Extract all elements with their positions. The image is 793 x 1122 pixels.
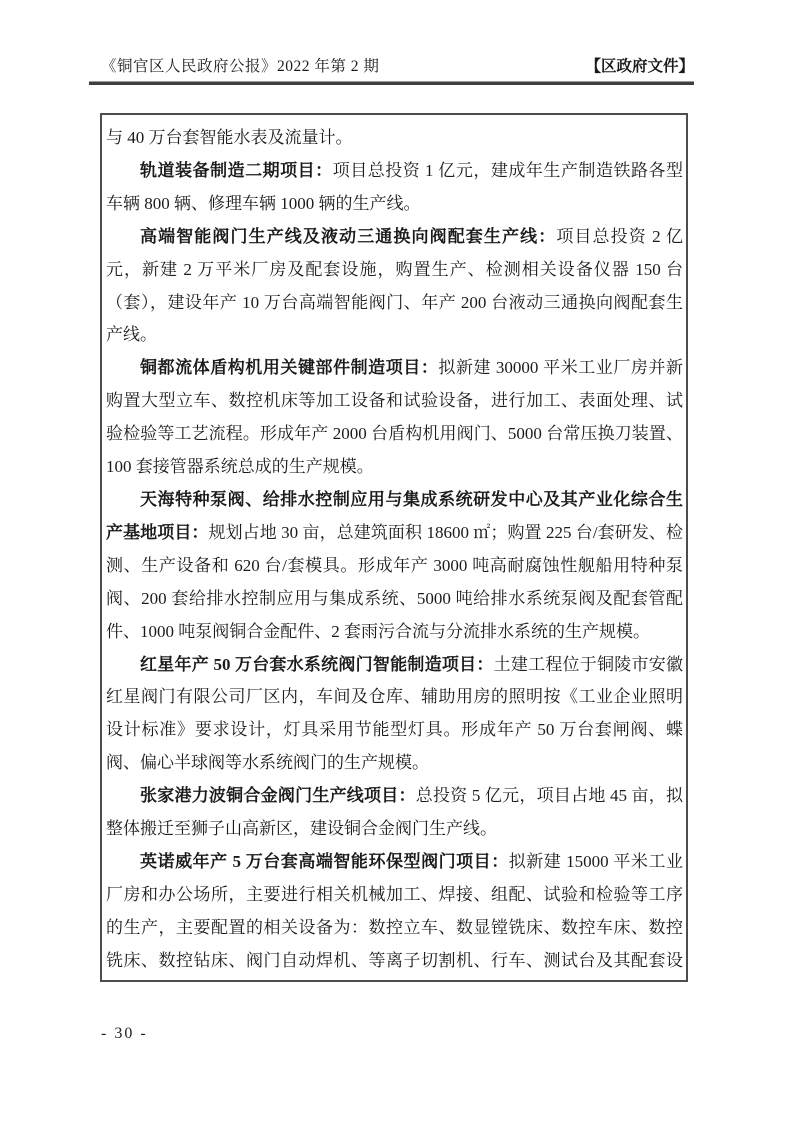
paragraph-project: 轨道装备制造二期项目：项目总投资 1 亿元，建成年生产制造铁路各型车辆 800 … [106, 155, 683, 221]
gazette-page: 《铜官区人民政府公报》2022 年第 2 期 【区政府文件】 与 40 万台套智… [0, 0, 793, 1122]
project-title: 轨道装备制造二期项目： [140, 161, 333, 180]
page-number: - 30 - [101, 1025, 148, 1043]
gazette-title: 《铜官区人民政府公报》2022 年第 2 期 [89, 54, 379, 76]
paragraph-project: 红星年产 50 万台套水系统阀门智能制造项目：土建工程位于铜陵市安徽红星阀门有限… [106, 649, 683, 781]
section-tag: 【区政府文件】 [585, 54, 694, 76]
project-title: 高端智能阀门生产线及液动三通换向阀配套生产线： [140, 227, 556, 246]
paragraph-project: 高端智能阀门生产线及液动三通换向阀配套生产线：项目总投资 2 亿元，新建 2 万… [106, 221, 683, 353]
project-title: 英诺威年产 5 万台套高端智能环保型阀门项目： [140, 852, 509, 871]
page-header: 《铜官区人民政府公报》2022 年第 2 期 【区政府文件】 [89, 54, 694, 85]
paragraph-body: 与 40 万台套智能水表及流量计。 [106, 128, 353, 147]
project-title: 铜都流体盾构机用关键部件制造项目： [140, 358, 438, 377]
paragraph-project: 张家港力波铜合金阀门生产线项目：总投资 5 亿元，项目占地 45 亩，拟整体搬迁… [106, 780, 683, 846]
paragraph-project: 天海特种泵阀、给排水控制应用与集成系统研发中心及其产业化综合生产基地项目：规划占… [106, 484, 683, 649]
paragraph-body: 拟新建 15000 平米工业厂房和办公场所，主要进行相关机械加工、焊接、组配、试… [106, 852, 683, 982]
paragraph-project: 英诺威年产 5 万台套高端智能环保型阀门项目：拟新建 15000 平米工业厂房和… [106, 846, 683, 982]
paragraph-project: 铜都流体盾构机用关键部件制造项目：拟新建 30000 平米工业厂房并新购置大型立… [106, 352, 683, 484]
project-title: 张家港力波铜合金阀门生产线项目： [140, 786, 416, 805]
document-body-box: 与 40 万台套智能水表及流量计。 轨道装备制造二期项目：项目总投资 1 亿元，… [100, 113, 688, 982]
paragraph-continuation: 与 40 万台套智能水表及流量计。 [106, 122, 683, 155]
project-title: 红星年产 50 万台套水系统阀门智能制造项目： [140, 655, 494, 674]
